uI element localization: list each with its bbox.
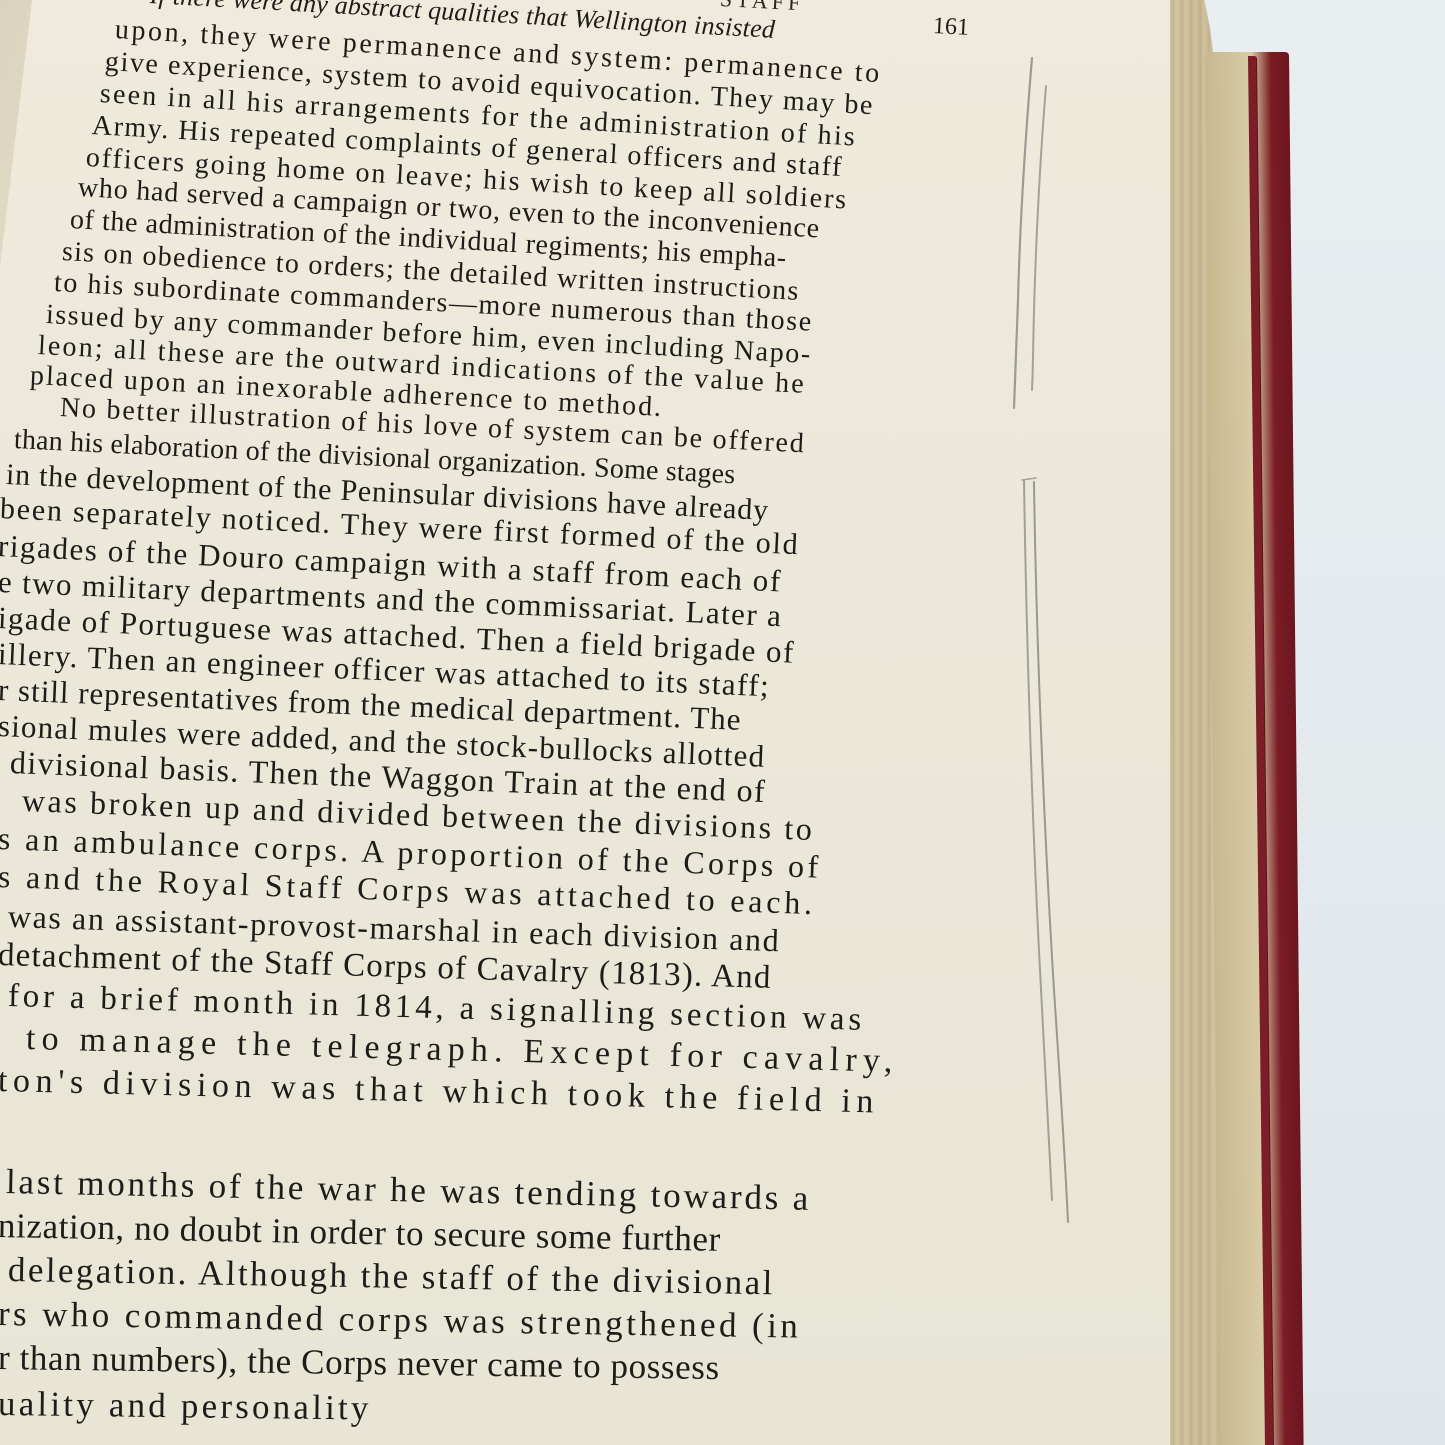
- page-number: 161: [932, 13, 969, 42]
- text-line: uality and personality: [0, 1384, 372, 1429]
